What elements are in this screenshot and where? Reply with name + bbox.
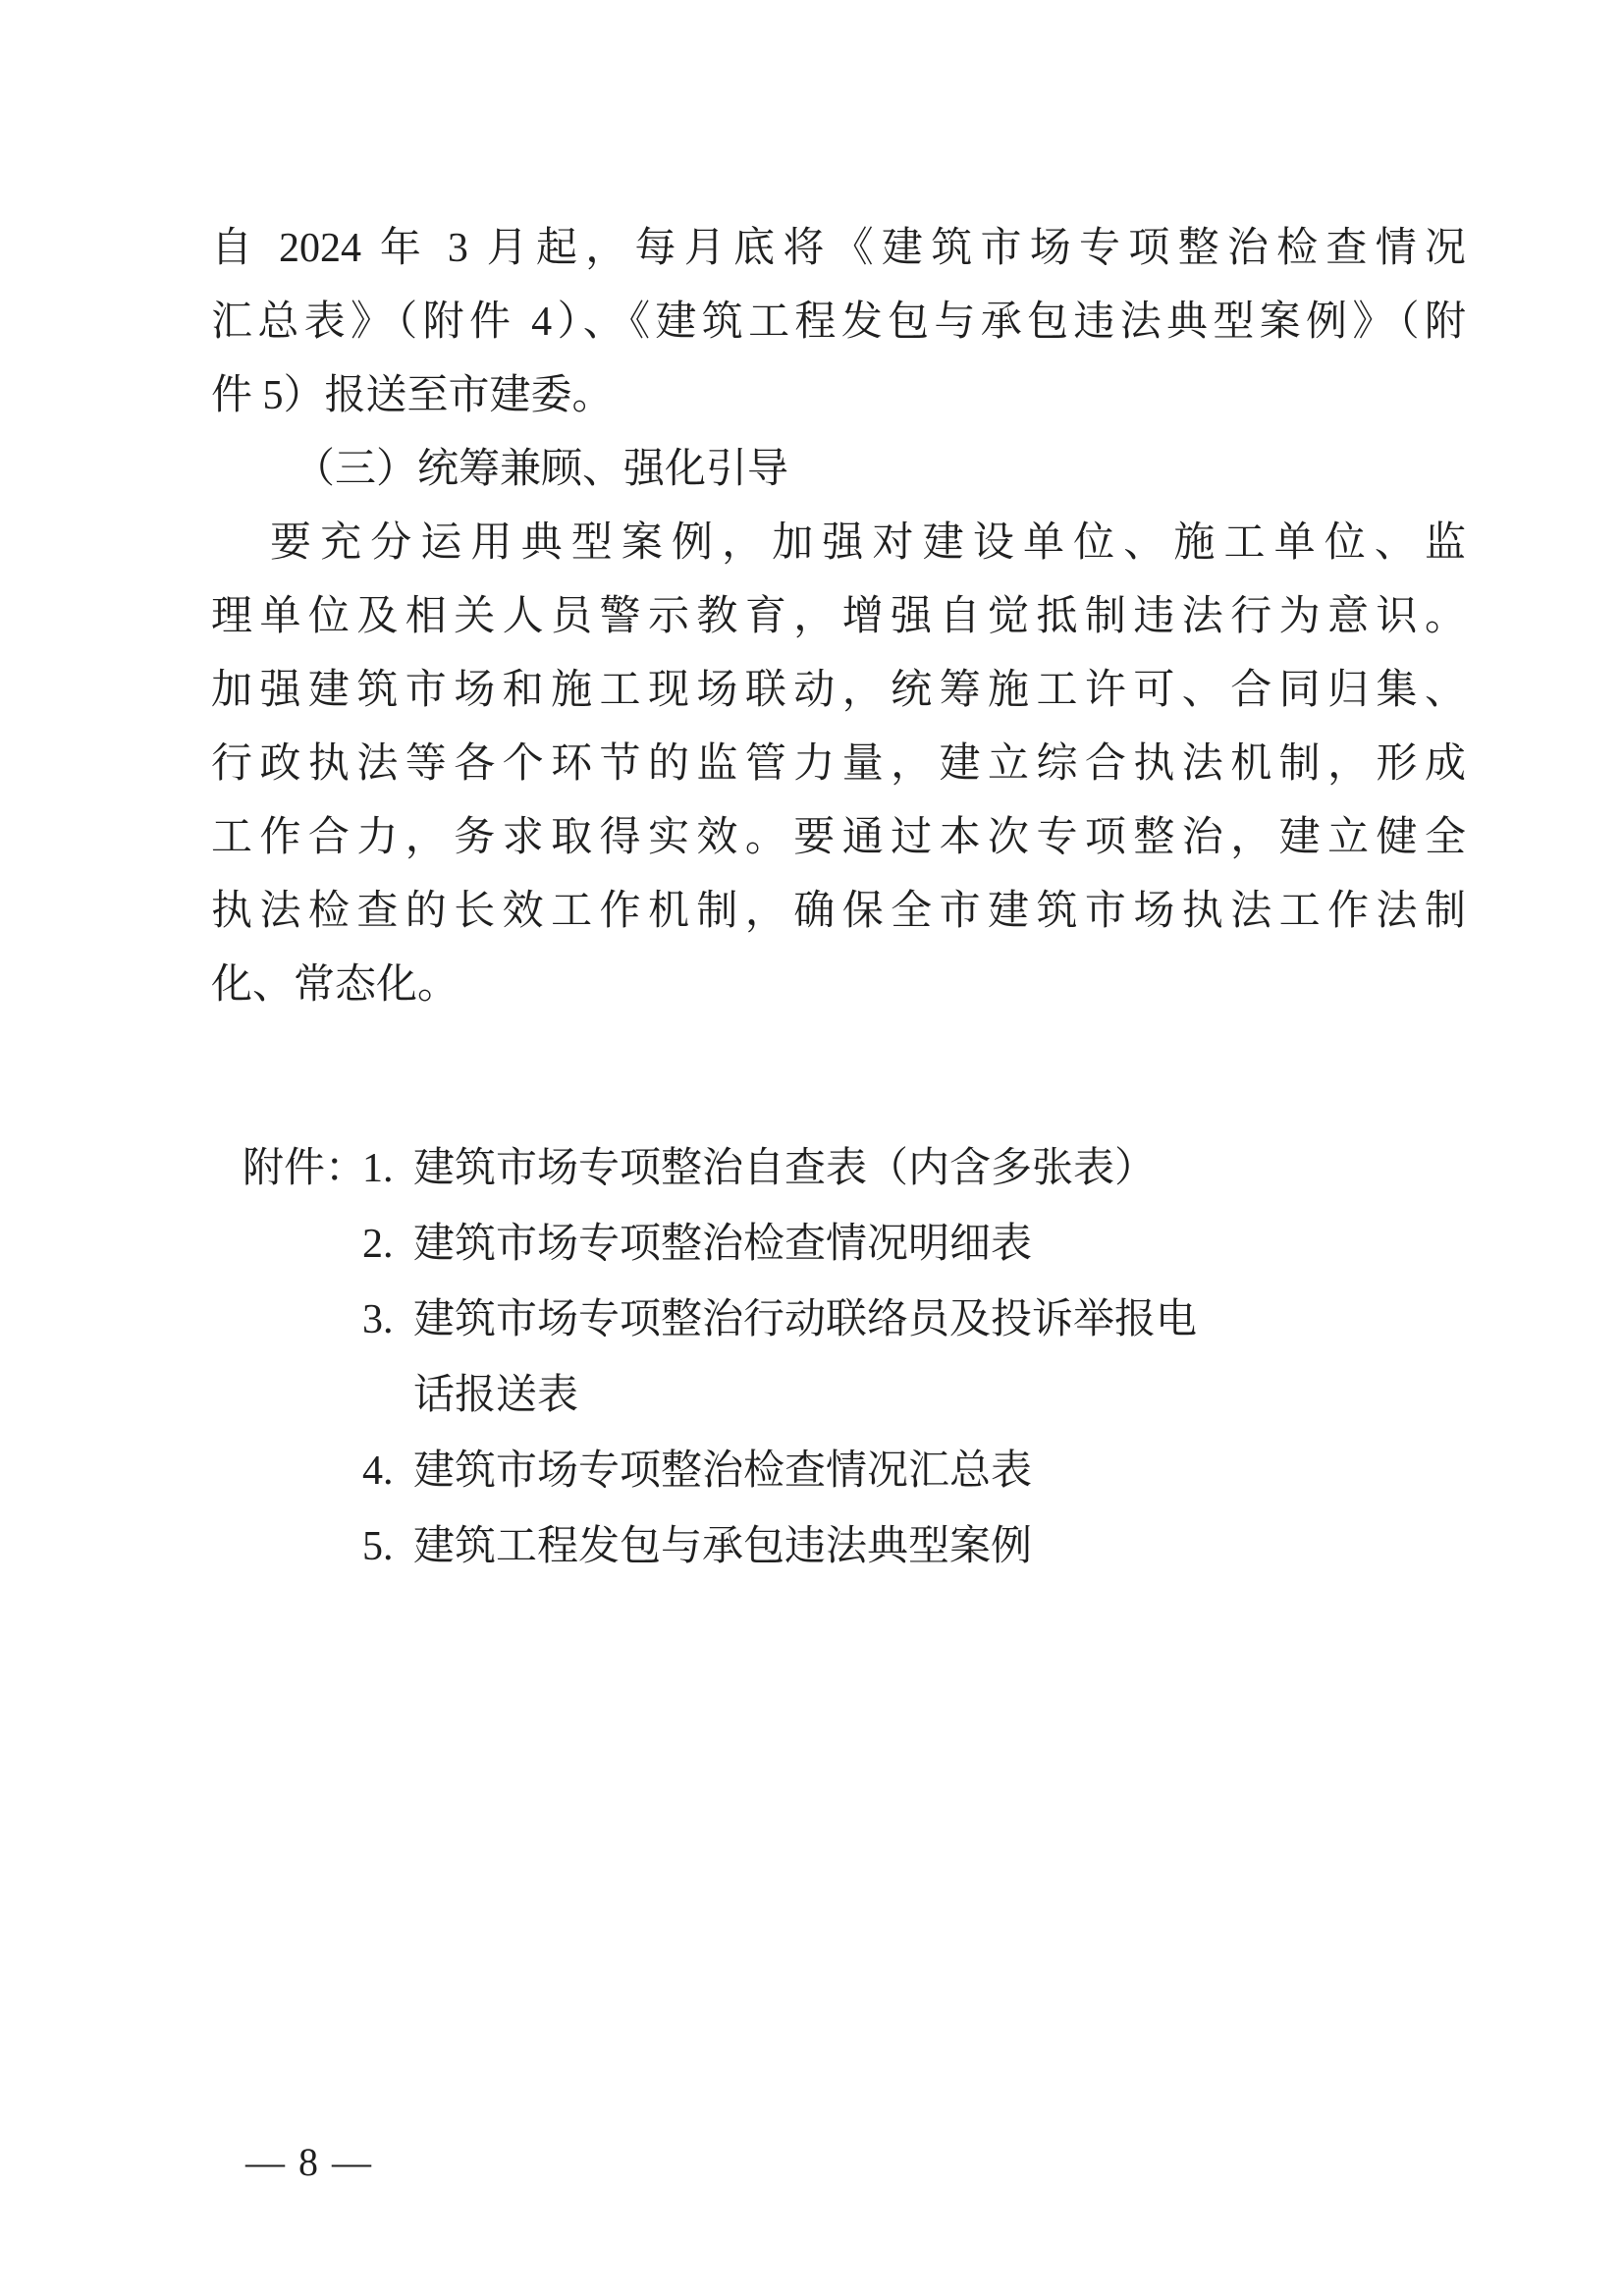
text-line: 件 5）报送至市建委。 [211,359,1466,433]
page-number: — 8 — [245,2133,373,2192]
attachment-item: 2. 建筑市场专项整治检查情况明细表 [243,1207,1197,1283]
attachment-number: 3. [362,1283,413,1358]
attachment-title-line: 话报送表 [413,1373,578,1418]
section-heading: （三）统筹兼顾、强化引导 [211,433,1466,507]
attachment-title: 建筑市场专项整治自查表（内含多张表） [413,1131,1197,1207]
document-body: 自 2024 年 3 月起，每月底将《建筑市场专项整治检查情况 汇总表》（附件 … [211,212,1466,1022]
attachment-title: 建筑市场专项整治检查情况明细表 [413,1207,1197,1283]
attachment-title: 建筑市场专项整治检查情况汇总表 [413,1434,1197,1509]
attachment-item: 4. 建筑市场专项整治检查情况汇总表 [243,1434,1197,1509]
text-line: 加强建筑市场和施工现场联动，统筹施工许可、合同归集、 [211,654,1466,728]
attachments-list: 附件： 1. 建筑市场专项整治自查表（内含多张表） 2. 建筑市场专项整治检查情… [243,1131,1197,1585]
text-line: 自 2024 年 3 月起，每月底将《建筑市场专项整治检查情况 [211,212,1466,286]
attachments-label: 附件： [243,1131,362,1207]
attachment-number: 4. [362,1434,413,1509]
text-line: 工作合力，务求取得实效。要通过本次专项整治，建立健全 [211,801,1466,875]
attachment-title: 建筑市场专项整治行动联络员及投诉举报电 话报送表 [413,1283,1197,1434]
text-line: 行政执法等各个环节的监管力量，建立综合执法机制，形成 [211,728,1466,801]
attachment-number: 1. [362,1131,413,1207]
document-page: 自 2024 年 3 月起，每月底将《建筑市场专项整治检查情况 汇总表》（附件 … [0,0,1622,2296]
text-line: 要充分运用典型案例，加强对建设单位、施工单位、监 [211,507,1466,580]
attachment-title-line: 建筑市场专项整治行动联络员及投诉举报电 [413,1297,1197,1342]
attachment-number: 5. [362,1509,413,1585]
attachment-number: 2. [362,1207,413,1283]
text-line: 理单位及相关人员警示教育，增强自觉抵制违法行为意识。 [211,580,1466,654]
attachment-title: 建筑工程发包与承包违法典型案例 [413,1509,1197,1585]
paragraph-continuation: 自 2024 年 3 月起，每月底将《建筑市场专项整治检查情况 汇总表》（附件 … [211,212,1466,433]
attachment-item: 5. 建筑工程发包与承包违法典型案例 [243,1509,1197,1585]
text-line: 汇总表》（附件 4）、《建筑工程发包与承包违法典型案例》（附 [211,286,1466,359]
attachment-item: 附件： 1. 建筑市场专项整治自查表（内含多张表） [243,1131,1197,1207]
text-line: 执法检查的长效工作机制，确保全市建筑市场执法工作法制 [211,875,1466,949]
text-line: 化、常态化。 [211,949,1466,1022]
attachment-item: 3. 建筑市场专项整治行动联络员及投诉举报电 话报送表 [243,1283,1197,1434]
paragraph-body: 要充分运用典型案例，加强对建设单位、施工单位、监 理单位及相关人员警示教育，增强… [211,507,1466,1022]
